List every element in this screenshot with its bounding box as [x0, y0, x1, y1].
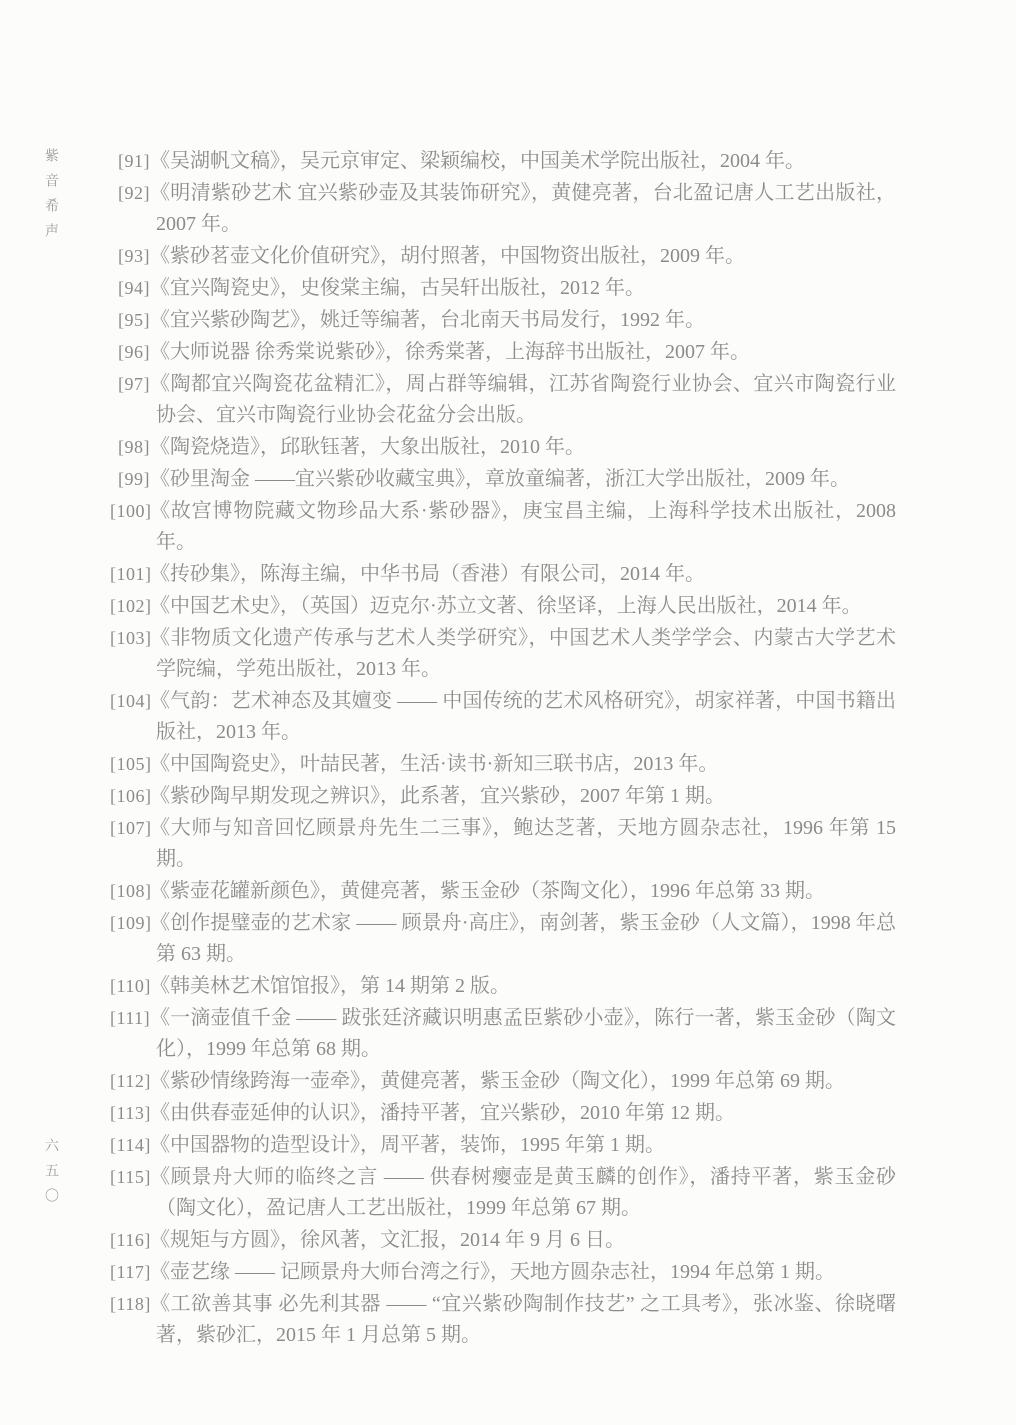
entry-text: 《大师说器 徐秀棠说紫砂》，徐秀棠著，上海辞书出版社，2007 年。 [150, 341, 750, 363]
entry-text: 《宜兴紫砂陶艺》，姚迁等编著，台北南天书局发行，1992 年。 [150, 309, 705, 331]
entry-number: [103] [110, 623, 150, 654]
entry-number: [115] [110, 1162, 150, 1193]
entry-number: [107] [110, 813, 150, 844]
bibliography-entry: [96]《大师说器 徐秀棠说紫砂》，徐秀棠著，上海辞书出版社，2007 年。 [110, 337, 896, 368]
page-number: 六五〇 [40, 1138, 60, 1213]
bibliography-entry: [108]《紫壶花罐新颜色》，黄健亮著，紫玉金砂（茶陶文化），1996 年总第 … [110, 876, 896, 907]
entry-number: [114] [110, 1130, 150, 1161]
entry-number: [95] [110, 305, 150, 336]
entry-number: [110] [110, 971, 150, 1002]
bibliography-entry: [92]《明清紫砂艺术 宜兴紫砂壶及其装饰研究》，黄健亮著，台北盈记唐人工艺出版… [110, 178, 896, 240]
entry-number: [98] [110, 432, 150, 463]
entry-number: [108] [110, 876, 150, 907]
entry-text: 《中国艺术史》，（英国）迈克尔·苏立文著、徐坚译，上海人民出版社，2014 年。 [150, 595, 862, 617]
entry-text: 《紫砂陶早期发现之辨识》，此系著，宜兴紫砂，2007 年第 1 期。 [150, 785, 725, 807]
entry-text: 《大师与知音回忆顾景舟先生二三事》，鲍达芝著，天地方圆杂志社，1996 年第 1… [150, 817, 896, 870]
entry-text: 《故宫博物院藏文物珍品大系·紫砂器》，庚宝昌主编，上海科学技术出版社，2008 … [150, 500, 896, 553]
entry-number: [101] [110, 559, 150, 590]
entry-number: [104] [110, 686, 150, 717]
entry-number: [97] [110, 369, 150, 400]
bibliography-entry: [100]《故宫博物院藏文物珍品大系·紫砂器》，庚宝昌主编，上海科学技术出版社，… [110, 496, 896, 558]
bibliography-entry: [109]《创作提璧壶的艺术家 —— 顾景舟·高庄》，南剑著，紫玉金砂（人文篇）… [110, 908, 896, 970]
bibliography-list: [91]《吴湖帆文稿》，吴元京审定、梁颖编校，中国美术学院出版社，2004 年。… [110, 146, 896, 1352]
entry-number: [111] [110, 1003, 150, 1034]
entry-number: [117] [110, 1257, 150, 1288]
scanned-book-page: 紫音希声 六五〇 [91]《吴湖帆文稿》，吴元京审定、梁颖编校，中国美术学院出版… [0, 0, 1016, 1425]
entry-number: [112] [110, 1066, 150, 1097]
entry-number: [118] [110, 1289, 150, 1320]
entry-text: 《中国陶瓷史》，叶喆民著，生活·读书·新知三联书店，2013 年。 [150, 753, 718, 775]
entry-number: [105] [110, 749, 150, 780]
entry-text: 《气韵：艺术神态及其嬗变 —— 中国传统的艺术风格研究》，胡家祥著，中国书籍出版… [150, 690, 896, 743]
bibliography-entry: [110]《韩美林艺术馆馆报》，第 14 期第 2 版。 [110, 971, 896, 1002]
bibliography-entry: [115]《顾景舟大师的临终之言 —— 供春树瘿壶是黄玉麟的创作》，潘持平著，紫… [110, 1162, 896, 1224]
bibliography-entry: [99]《砂里淘金 ——宜兴紫砂收藏宝典》，章放童编著，浙江大学出版社，2009… [110, 464, 896, 495]
entry-text: 《非物质文化遗产传承与艺术人类学研究》，中国艺术人类学学会、内蒙古大学艺术学院编… [150, 627, 896, 680]
entry-text: 《陶瓷烧造》，邱耿钰著，大象出版社，2010 年。 [150, 436, 585, 458]
entry-text: 《砂里淘金 ——宜兴紫砂收藏宝典》，章放童编著，浙江大学出版社，2009 年。 [150, 468, 850, 490]
bibliography-entry: [95]《宜兴紫砂陶艺》，姚迁等编著，台北南天书局发行，1992 年。 [110, 305, 896, 336]
entry-number: [96] [110, 337, 150, 368]
bibliography-entry: [107]《大师与知音回忆顾景舟先生二三事》，鲍达芝著，天地方圆杂志社，1996… [110, 813, 896, 875]
entry-number: [102] [110, 591, 150, 622]
entry-text: 《宜兴陶瓷史》，史俊棠主编，古吴轩出版社，2012 年。 [150, 277, 645, 299]
bibliography-entry: [94]《宜兴陶瓷史》，史俊棠主编，古吴轩出版社，2012 年。 [110, 273, 896, 304]
bibliography-entry: [101]《抟砂集》，陈海主编，中华书局（香港）有限公司，2014 年。 [110, 559, 896, 590]
bibliography-entry: [104]《气韵：艺术神态及其嬗变 —— 中国传统的艺术风格研究》，胡家祥著，中… [110, 686, 896, 748]
entry-text: 《规矩与方圆》，徐风著，文汇报，2014 年 9 月 6 日。 [150, 1229, 625, 1251]
entry-text: 《顾景舟大师的临终之言 —— 供春树瘿壶是黄玉麟的创作》，潘持平著，紫玉金砂（陶… [150, 1166, 896, 1219]
entry-text: 《由供春壶延伸的认识》，潘持平著，宜兴紫砂，2010 年第 12 期。 [150, 1102, 735, 1124]
entry-number: [106] [110, 781, 150, 812]
bibliography-entry: [97]《陶都宜兴陶瓷花盆精汇》，周占群等编辑，江苏省陶瓷行业协会、宜兴市陶瓷行… [110, 369, 896, 431]
bibliography-entry: [106]《紫砂陶早期发现之辨识》，此系著，宜兴紫砂，2007 年第 1 期。 [110, 781, 896, 812]
entry-number: [92] [110, 178, 150, 209]
entry-text: 《紫砂情缘跨海一壶牵》，黄健亮著，紫玉金砂（陶文化），1999 年总第 69 期… [150, 1070, 845, 1092]
entry-number: [93] [110, 241, 150, 272]
bibliography-entry: [105]《中国陶瓷史》，叶喆民著，生活·读书·新知三联书店，2013 年。 [110, 749, 896, 780]
bibliography-entry: [117]《壶艺缘 —— 记顾景舟大师台湾之行》，天地方圆杂志社，1994 年总… [110, 1257, 896, 1288]
entry-text: 《陶都宜兴陶瓷花盆精汇》，周占群等编辑，江苏省陶瓷行业协会、宜兴市陶瓷行业协会、… [150, 373, 896, 426]
entry-text: 《紫砂茗壶文化价值研究》，胡付照著，中国物资出版社，2009 年。 [150, 245, 745, 267]
entry-number: [91] [110, 146, 150, 177]
entry-text: 《中国器物的造型设计》，周平著，装饰，1995 年第 1 期。 [150, 1134, 665, 1156]
entry-text: 《抟砂集》，陈海主编，中华书局（香港）有限公司，2014 年。 [150, 563, 705, 585]
entry-number: [113] [110, 1098, 150, 1129]
bibliography-entry: [102]《中国艺术史》，（英国）迈克尔·苏立文著、徐坚译，上海人民出版社，20… [110, 591, 896, 622]
entry-number: [94] [110, 273, 150, 304]
bibliography-entry: [98]《陶瓷烧造》，邱耿钰著，大象出版社，2010 年。 [110, 432, 896, 463]
bibliography-entry: [112]《紫砂情缘跨海一壶牵》，黄健亮著，紫玉金砂（陶文化），1999 年总第… [110, 1066, 896, 1097]
entry-text: 《韩美林艺术馆馆报》，第 14 期第 2 版。 [150, 975, 510, 997]
entry-text: 《明清紫砂艺术 宜兴紫砂壶及其装饰研究》，黄健亮著，台北盈记唐人工艺出版社，20… [150, 182, 896, 235]
entry-text: 《壶艺缘 —— 记顾景舟大师台湾之行》，天地方圆杂志社，1994 年总第 1 期… [150, 1261, 835, 1283]
entry-text: 《吴湖帆文稿》，吴元京审定、梁颖编校，中国美术学院出版社，2004 年。 [150, 150, 805, 172]
book-margin-title: 紫音希声 [40, 148, 60, 248]
bibliography-entry: [111]《一滴壶值千金 —— 跋张廷济藏识明惠孟臣紫砂小壶》，陈行一著，紫玉金… [110, 1003, 896, 1065]
bibliography-entry: [114]《中国器物的造型设计》，周平著，装饰，1995 年第 1 期。 [110, 1130, 896, 1161]
entry-number: [99] [110, 464, 150, 495]
bibliography-entry: [93]《紫砂茗壶文化价值研究》，胡付照著，中国物资出版社，2009 年。 [110, 241, 896, 272]
entry-number: [100] [110, 496, 150, 527]
bibliography-entry: [103]《非物质文化遗产传承与艺术人类学研究》，中国艺术人类学学会、内蒙古大学… [110, 623, 896, 685]
entry-number: [109] [110, 908, 150, 939]
entry-text: 《工欲善其事 必先利其器 —— “宜兴紫砂陶制作技艺” 之工具考》，张冰鉴、徐晓… [150, 1293, 896, 1346]
bibliography-entry: [91]《吴湖帆文稿》，吴元京审定、梁颖编校，中国美术学院出版社，2004 年。 [110, 146, 896, 177]
entry-text: 《创作提璧壶的艺术家 —— 顾景舟·高庄》，南剑著，紫玉金砂（人文篇），1998… [150, 912, 896, 965]
entry-text: 《一滴壶值千金 —— 跋张廷济藏识明惠孟臣紫砂小壶》，陈行一著，紫玉金砂（陶文化… [150, 1007, 896, 1060]
entry-text: 《紫壶花罐新颜色》，黄健亮著，紫玉金砂（茶陶文化），1996 年总第 33 期。 [150, 880, 825, 902]
bibliography-entry: [118]《工欲善其事 必先利其器 —— “宜兴紫砂陶制作技艺” 之工具考》，张… [110, 1289, 896, 1351]
bibliography-entry: [113]《由供春壶延伸的认识》，潘持平著，宜兴紫砂，2010 年第 12 期。 [110, 1098, 896, 1129]
entry-number: [116] [110, 1225, 150, 1256]
bibliography-entry: [116]《规矩与方圆》，徐风著，文汇报，2014 年 9 月 6 日。 [110, 1225, 896, 1256]
